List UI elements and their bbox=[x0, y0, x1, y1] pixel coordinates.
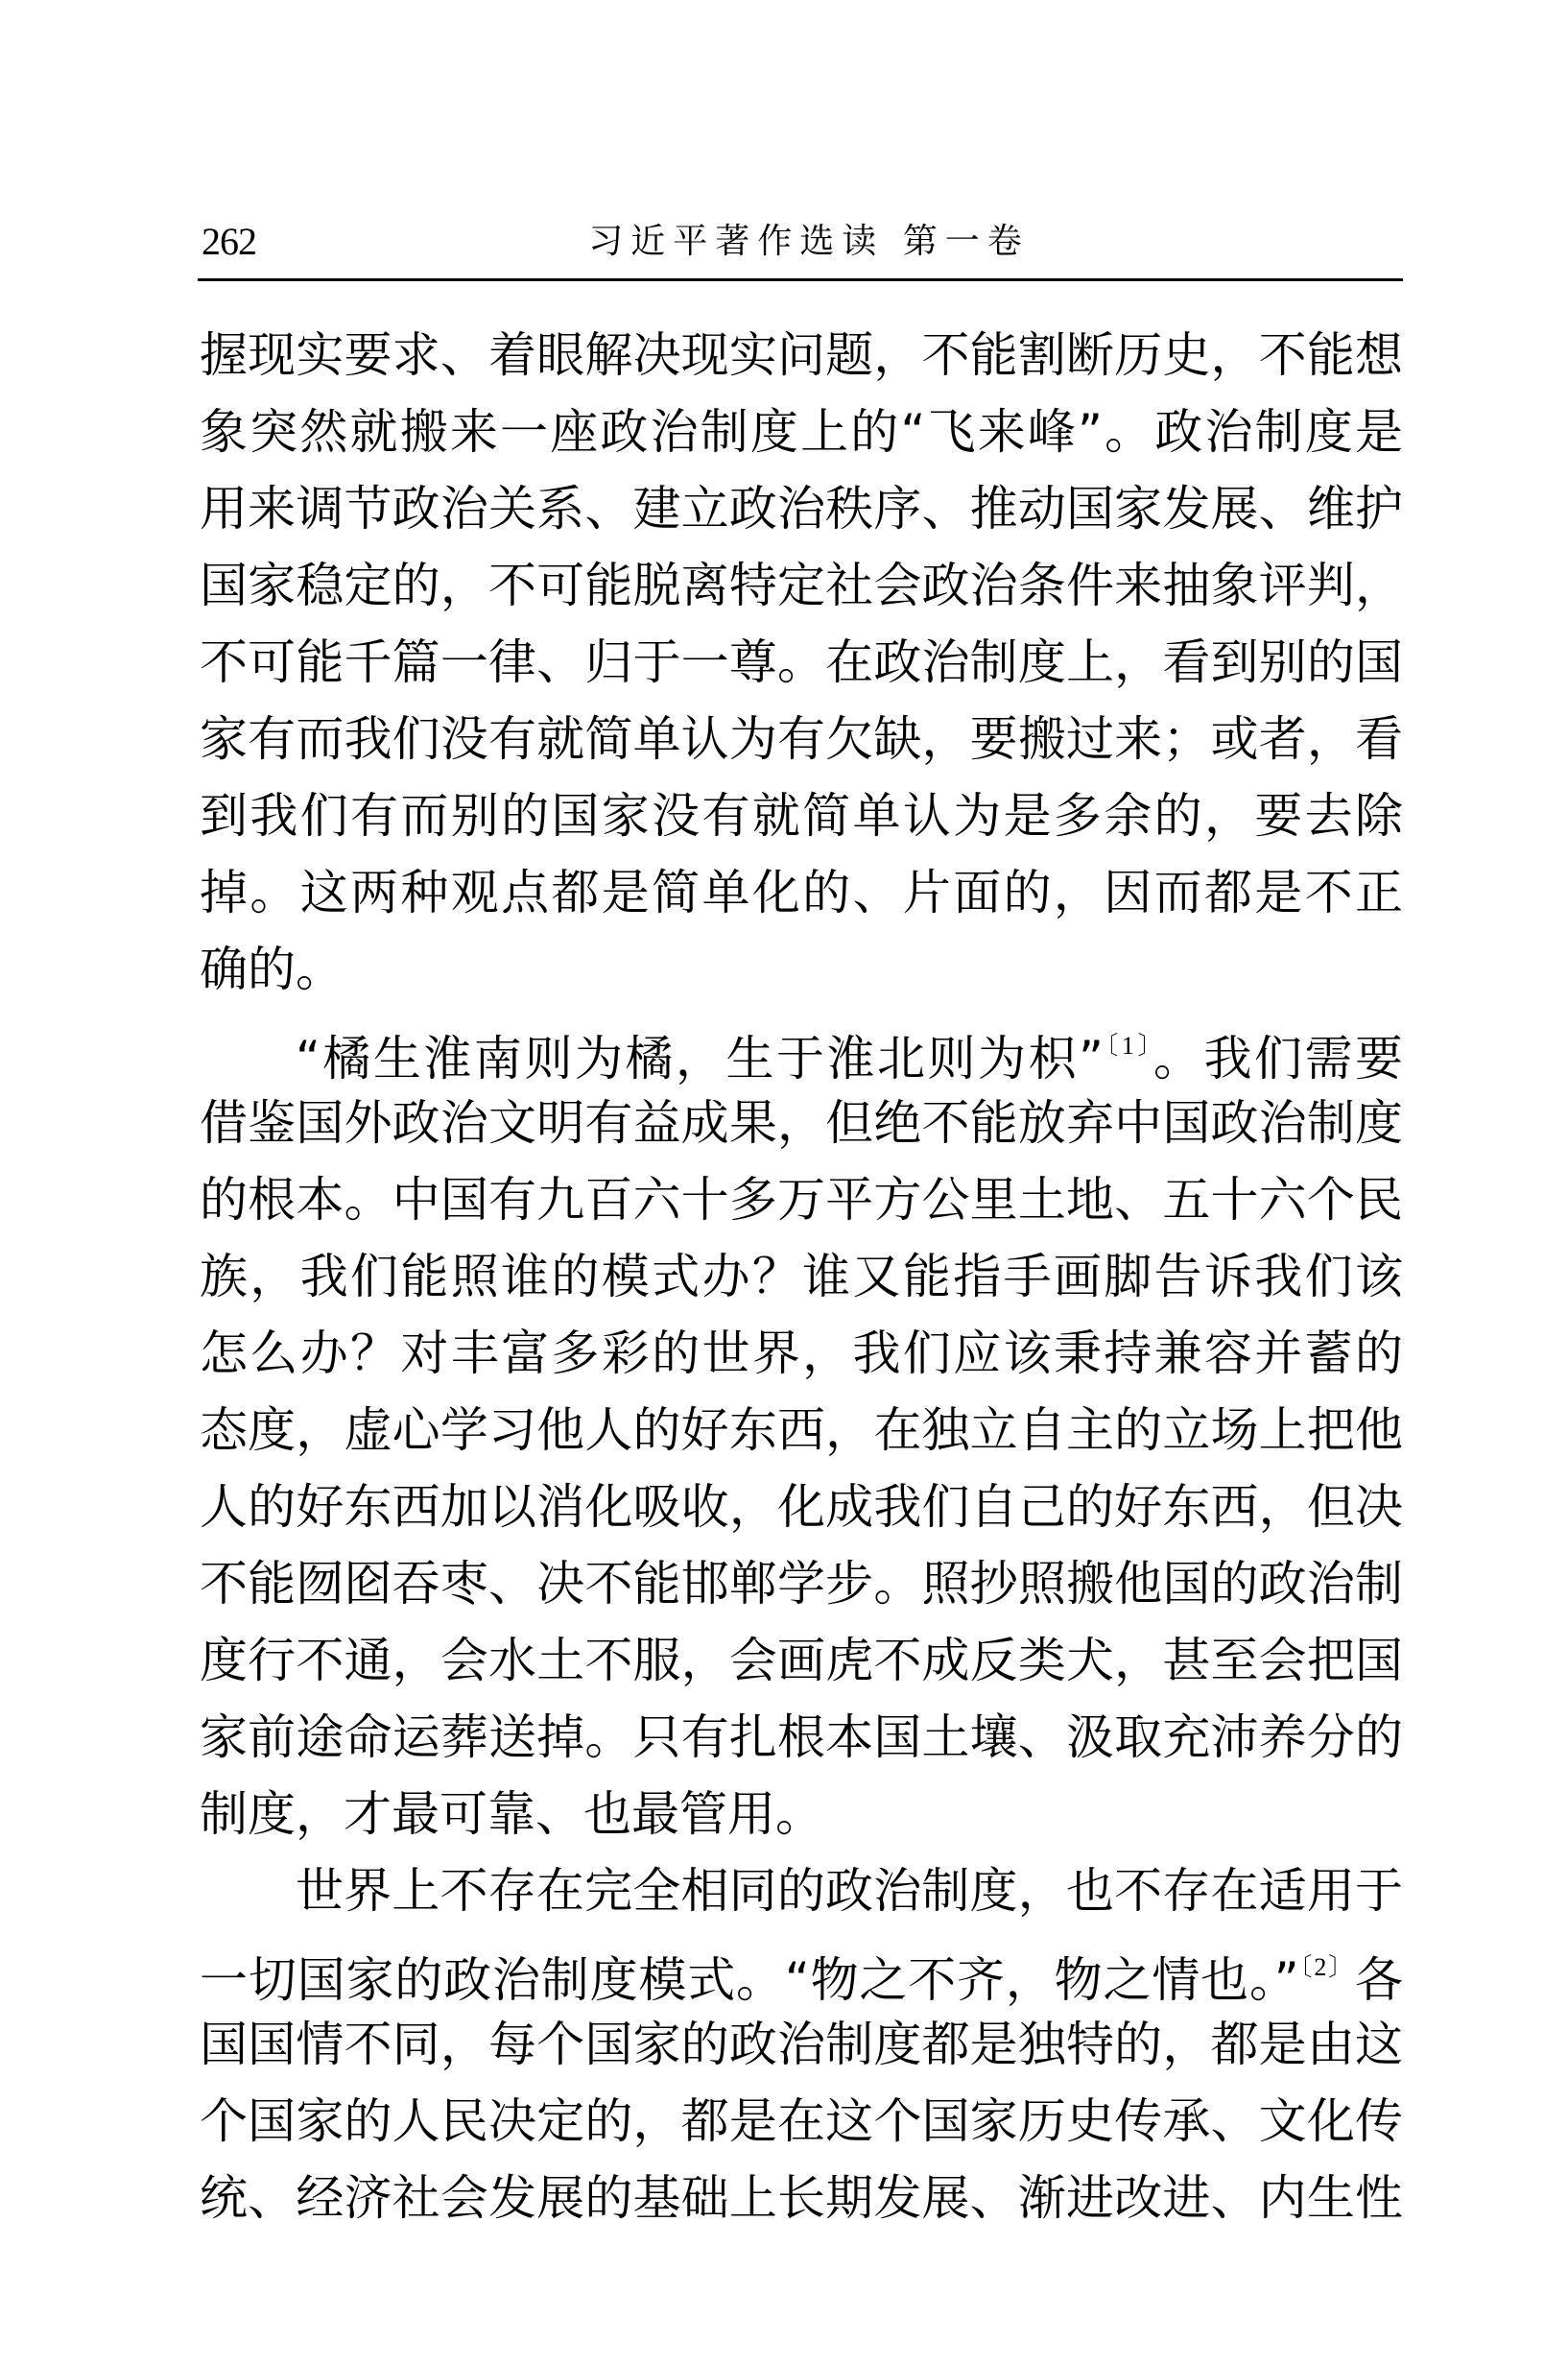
text-line: 借鉴国外政治文明有益成果，但绝不能放弃中国政治制度 bbox=[200, 1085, 1403, 1161]
text-line: 的根本。中国有九百六十多万平方公里土地、五十六个民 bbox=[200, 1161, 1403, 1238]
text-line: 个国家的人民决定的，都是在这个国家历史传承、文化传 bbox=[200, 2083, 1403, 2160]
footnote-marker-1[interactable]: 〔1〕 bbox=[1104, 1032, 1153, 1060]
running-head: 262 习近平著作选读 第一卷 bbox=[202, 213, 1403, 271]
text-line: 不能囫囵吞枣、决不能邯郸学步。照抄照搬他国的政治制 bbox=[200, 1545, 1403, 1622]
text-fragment: 一切国家的政治制度模式。“物之不齐，物之情也。” bbox=[200, 1952, 1299, 2008]
text-line: 族，我们能照谁的模式办？谁又能指手画脚告诉我们该 bbox=[200, 1238, 1403, 1315]
quote-text: “橘生淮南则为橘，生于淮北则为枳” bbox=[296, 1031, 1104, 1087]
text-line: 制度，才最可靠、也最管用。 bbox=[200, 1776, 1403, 1852]
paragraph-3-first-line: 世界上不存在完全相同的政治制度，也不存在适用于 bbox=[200, 1852, 1403, 1929]
book-title: 习近平著作选读 第一卷 bbox=[202, 213, 1403, 271]
text-fragment: 各 bbox=[1355, 1952, 1403, 2008]
text-line: 人的好东西加以消化吸收，化成我们自己的好东西，但决 bbox=[200, 1469, 1403, 1545]
text-line: 到我们有而别的国家没有就简单认为是多余的，要去除 bbox=[200, 777, 1403, 854]
header-divider bbox=[198, 278, 1403, 281]
text-line: 掉。这两种观点都是简单化的、片面的，因而都是不正 bbox=[200, 854, 1403, 931]
text-line: 国国情不同，每个国家的政治制度都是独特的，都是由这 bbox=[200, 2006, 1403, 2083]
text-line: 度行不通，会水土不服，会画虎不成反类犬，甚至会把国 bbox=[200, 1622, 1403, 1699]
text-fragment: 。我们需要 bbox=[1153, 1031, 1403, 1087]
text-line: 家前途命运葬送掉。只有扎根本国土壤、汲取充沛养分的 bbox=[200, 1699, 1403, 1776]
text-line: 用来调节政治关系、建立政治秩序、推动国家发展、维护 bbox=[200, 470, 1403, 547]
body-text: 握现实要求、着眼解决现实问题，不能割断历史，不能想 象突然就搬来一座政治制度上的… bbox=[200, 317, 1403, 2236]
text-line: 态度，虚心学习他人的好东西，在独立自主的立场上把他 bbox=[200, 1392, 1403, 1469]
text-line: 国家稳定的，不可能脱离特定社会政治条件来抽象评判， bbox=[200, 547, 1403, 624]
text-line: 握现实要求、着眼解决现实问题，不能割断历史，不能想 bbox=[200, 317, 1403, 394]
footnote-marker-2[interactable]: 〔2〕 bbox=[1299, 1953, 1355, 1981]
text-line: 怎么办？对丰富多彩的世界，我们应该秉持兼容并蓄的 bbox=[200, 1315, 1403, 1392]
paragraph-3-second-line: 一切国家的政治制度模式。“物之不齐，物之情也。”〔2〕各 bbox=[200, 1929, 1403, 2006]
paragraph-2-first-line: “橘生淮南则为橘，生于淮北则为枳”〔1〕。我们需要 bbox=[200, 1008, 1403, 1085]
text-line: 家有而我们没有就简单认为有欠缺，要搬过来；或者，看 bbox=[200, 701, 1403, 777]
text-line: 统、经济社会发展的基础上长期发展、渐进改进、内生性 bbox=[200, 2160, 1403, 2236]
text-line: 不可能千篇一律、归于一尊。在政治制度上，看到别的国 bbox=[200, 624, 1403, 701]
text-line: 象突然就搬来一座政治制度上的“飞来峰”。政治制度是 bbox=[200, 394, 1403, 470]
book-page: 262 习近平著作选读 第一卷 握现实要求、着眼解决现实问题，不能割断历史，不能… bbox=[0, 0, 1568, 2365]
text-line: 确的。 bbox=[200, 931, 1403, 1008]
